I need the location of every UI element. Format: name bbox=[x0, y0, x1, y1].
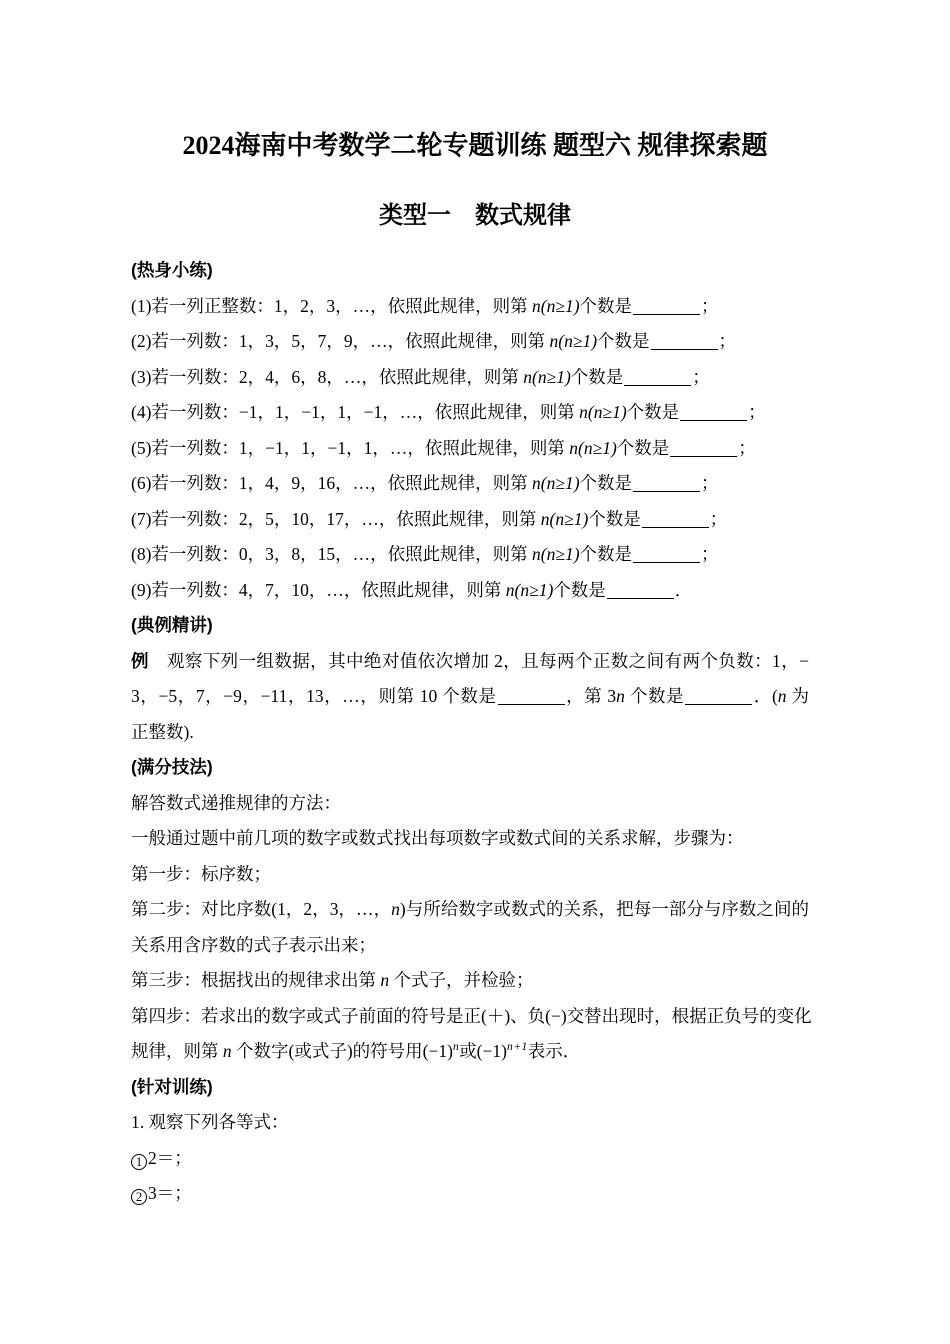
item-tail: 个数是 bbox=[588, 509, 641, 529]
warmup-item-4: (4)若一列数：−1，1，−1，1，−1，…，依照此规律，则第 n(n≥1)个数… bbox=[131, 395, 809, 431]
item-variable: n(n≥1) bbox=[506, 580, 554, 600]
item-lead: (1)若一列正整数：1，2，3，…，依照此规律，则第 bbox=[131, 296, 532, 316]
example-variable: n bbox=[778, 686, 787, 706]
item-end: ； bbox=[710, 509, 728, 529]
example-text: 为 bbox=[787, 686, 810, 706]
example-line-2: 3，−5，7，−9，−11，13，…，则第 10 个数是，第 3n 个数是．(n… bbox=[131, 679, 809, 715]
item-variable: n(n≥1) bbox=[523, 367, 571, 387]
skills-step-1: 第一步：标序数； bbox=[131, 857, 809, 893]
item-lead: (2)若一列数：1，3，5，7，9，…，依照此规律，则第 bbox=[131, 331, 550, 351]
item-lead: (5)若一列数：1，−1，1，−1，1，…，依照此规律，则第 bbox=[131, 438, 569, 458]
item-variable: n(n≥1) bbox=[541, 509, 589, 529]
item-variable: n(n≥1) bbox=[532, 544, 580, 564]
step-variable: n bbox=[391, 899, 400, 919]
answer-blank bbox=[633, 297, 700, 315]
item-tail: 个数是 bbox=[597, 331, 650, 351]
example-line-1: 例 观察下列一组数据，其中绝对值依次增加 2，且每两个正数之间有两个负数：1，− bbox=[131, 644, 809, 680]
step-text: 或(−1) bbox=[459, 1041, 507, 1061]
item-tail: 个数是 bbox=[580, 544, 633, 564]
section-header-warmup: (热身小练) bbox=[131, 253, 809, 289]
answer-blank bbox=[633, 474, 700, 492]
step-text: 个式子，并检验； bbox=[389, 970, 533, 990]
item-end: ； bbox=[701, 544, 719, 564]
item-lead: (7)若一列数：2，5，10，17，…，依照此规律，则第 bbox=[131, 509, 541, 529]
item-lead: (6)若一列数：1，4，9，16，…，依照此规律，则第 bbox=[131, 473, 532, 493]
warmup-item-7: (7)若一列数：2，5，10，17，…，依照此规律，则第 n(n≥1)个数是； bbox=[131, 502, 809, 538]
example-text: 3，−5，7，−9，−11，13，…，则第 10 个数是 bbox=[131, 686, 497, 706]
step-text: 第三步：根据找出的规律求出第 bbox=[131, 970, 380, 990]
equation-text: 3＝； bbox=[148, 1183, 192, 1203]
section-header-skills: (满分技法) bbox=[131, 750, 809, 786]
step-text: )与所给数字或数式的关系，把每一部分与序数之间的 bbox=[400, 899, 809, 919]
section-header-example: (典例精讲) bbox=[131, 608, 809, 644]
answer-blank bbox=[633, 545, 700, 563]
item-end: ； bbox=[692, 367, 710, 387]
example-label: 例 bbox=[131, 651, 149, 671]
answer-blank bbox=[680, 403, 747, 421]
answer-blank bbox=[685, 687, 752, 705]
step-text: 规律，则第 bbox=[131, 1041, 223, 1061]
answer-blank bbox=[624, 368, 691, 386]
example-text: ．( bbox=[753, 686, 778, 706]
item-tail: 个数是 bbox=[553, 580, 606, 600]
page-title: 2024海南中考数学二轮专题训练 题型六 规律探索题 bbox=[0, 0, 950, 166]
item-end: ； bbox=[738, 438, 756, 458]
skills-intro-1: 解答数式递推规律的方法： bbox=[131, 786, 809, 822]
skills-step-2-line-2: 关系用含序数的式子表示出来； bbox=[131, 928, 809, 964]
warmup-item-2: (2)若一列数：1，3，5，7，9，…，依照此规律，则第 n(n≥1)个数是； bbox=[131, 324, 809, 360]
answer-blank bbox=[642, 510, 709, 528]
skills-step-3: 第三步：根据找出的规律求出第 n 个式子，并检验； bbox=[131, 963, 809, 999]
section-header-training: (针对训练) bbox=[131, 1070, 809, 1106]
step-text: 表示． bbox=[528, 1041, 581, 1061]
equation-line-1: 12＝； bbox=[131, 1141, 809, 1177]
example-text: 个数是 bbox=[625, 686, 684, 706]
step-variable: n bbox=[223, 1041, 232, 1061]
item-variable: n(n≥1) bbox=[532, 296, 580, 316]
item-tail: 个数是 bbox=[580, 473, 633, 493]
example-text: ，第 3 bbox=[566, 686, 617, 706]
answer-blank bbox=[607, 581, 674, 599]
training-question-1: 1. 观察下列各等式： bbox=[131, 1105, 809, 1141]
warmup-item-1: (1)若一列正整数：1，2，3，…，依照此规律，则第 n(n≥1)个数是； bbox=[131, 289, 809, 325]
warmup-item-3: (3)若一列数：2，4，6，8，…，依照此规律，则第 n(n≥1)个数是； bbox=[131, 360, 809, 396]
item-tail: 个数是 bbox=[580, 296, 633, 316]
skills-step-2-line-1: 第二步：对比序数(1，2，3，…，n)与所给数字或数式的关系，把每一部分与序数之… bbox=[131, 892, 809, 928]
item-end: ． bbox=[675, 580, 693, 600]
page-subtitle: 类型一 数式规律 bbox=[0, 196, 950, 236]
step-text: 个数字(或式子)的符号用(−1) bbox=[232, 1041, 453, 1061]
item-end: ； bbox=[701, 473, 719, 493]
equation-text: 2＝； bbox=[148, 1148, 192, 1168]
item-tail: 个数是 bbox=[617, 438, 670, 458]
item-lead: (4)若一列数：−1，1，−1，1，−1，…，依照此规律，则第 bbox=[131, 402, 579, 422]
item-lead: (9)若一列数：4，7，10，…，依照此规律，则第 bbox=[131, 580, 506, 600]
item-variable: n(n≥1) bbox=[532, 473, 580, 493]
example-line-3: 正整数). bbox=[131, 715, 809, 751]
step-text: 第二步：对比序数(1，2，3，…， bbox=[131, 899, 391, 919]
warmup-item-9: (9)若一列数：4，7，10，…，依照此规律，则第 n(n≥1)个数是． bbox=[131, 573, 809, 609]
warmup-item-8: (8)若一列数：0，3，8，15，…，依照此规律，则第 n(n≥1)个数是； bbox=[131, 537, 809, 573]
warmup-item-6: (6)若一列数：1，4，9，16，…，依照此规律，则第 n(n≥1)个数是； bbox=[131, 466, 809, 502]
exponent-n-plus-1: n+1 bbox=[507, 1041, 528, 1053]
item-variable: n(n≥1) bbox=[550, 331, 598, 351]
example-text: 正整数). bbox=[131, 722, 194, 742]
example-text: 观察下列一组数据，其中绝对值依次增加 2，且每两个正数之间有两个负数：1，− bbox=[149, 651, 809, 671]
item-end: ； bbox=[748, 402, 766, 422]
circled-number-2: 2 bbox=[131, 1189, 147, 1205]
skills-step-4-line-1: 第四步：若求出的数字或式子前面的符号是正(＋)、负(−)交替出现时，根据正负号的… bbox=[131, 999, 809, 1035]
skills-intro-2: 一般通过题中前几项的数字或数式找出每项数字或数式间的关系求解，步骤为： bbox=[131, 821, 809, 857]
document-page: 2024海南中考数学二轮专题训练 题型六 规律探索题 类型一 数式规律 (热身小… bbox=[0, 0, 950, 1344]
circled-number-1: 1 bbox=[131, 1154, 147, 1170]
example-variable: n bbox=[616, 686, 625, 706]
equation-line-2: 23＝； bbox=[131, 1176, 809, 1212]
answer-blank bbox=[498, 687, 565, 705]
item-end: ； bbox=[701, 296, 719, 316]
document-content: (热身小练) (1)若一列正整数：1，2，3，…，依照此规律，则第 n(n≥1)… bbox=[131, 253, 809, 1212]
item-tail: 个数是 bbox=[571, 367, 624, 387]
item-tail: 个数是 bbox=[627, 402, 680, 422]
item-lead: (8)若一列数：0，3，8，15，…，依照此规律，则第 bbox=[131, 544, 532, 564]
item-lead: (3)若一列数：2，4，6，8，…，依照此规律，则第 bbox=[131, 367, 523, 387]
warmup-item-5: (5)若一列数：1，−1，1，−1，1，…，依照此规律，则第 n(n≥1)个数是… bbox=[131, 431, 809, 467]
item-variable: n(n≥1) bbox=[579, 402, 627, 422]
item-variable: n(n≥1) bbox=[569, 438, 617, 458]
answer-blank bbox=[651, 332, 718, 350]
item-end: ； bbox=[719, 331, 737, 351]
skills-step-4-line-2: 规律，则第 n 个数字(或式子)的符号用(−1)n或(−1)n+1表示． bbox=[131, 1034, 809, 1070]
step-variable: n bbox=[380, 970, 389, 990]
answer-blank bbox=[670, 439, 737, 457]
